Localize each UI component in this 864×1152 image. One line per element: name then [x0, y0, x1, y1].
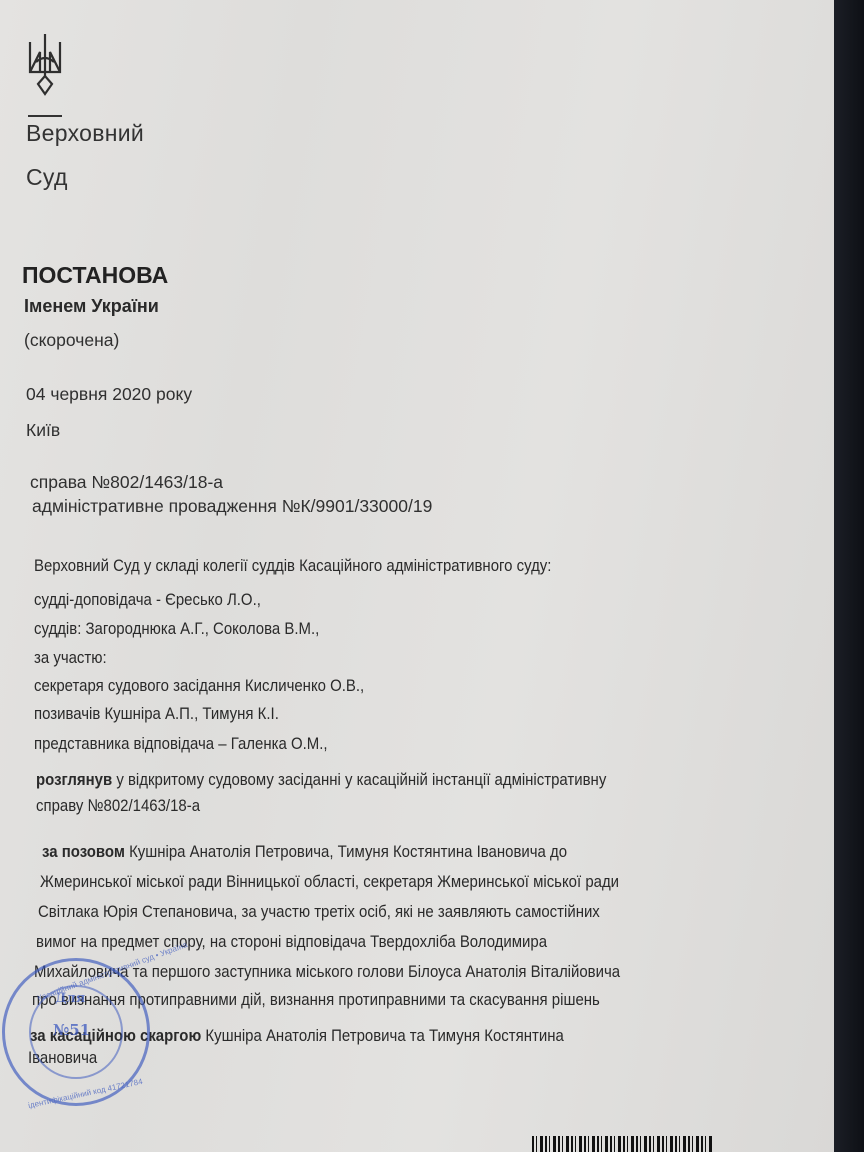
barcode-icon	[532, 1136, 712, 1152]
ukraine-trident-icon	[26, 32, 64, 96]
composition-intro: Верховний Суд у складі колегії суддів Ка…	[34, 556, 551, 576]
logo-divider	[28, 115, 62, 117]
document-type-note: (скорочена)	[24, 330, 119, 351]
case-number: справа №802/1463/18-а	[30, 472, 223, 493]
claim-line2: Жмеринської міської ради Вінницької обла…	[40, 872, 619, 892]
defendant-representative: представника відповідача – Галенка О.М.,	[34, 734, 328, 754]
court-name-line1: Верховний	[26, 120, 144, 147]
composition-judges: суддів: Загороднюка А.Г., Соколова В.М.,	[34, 619, 319, 639]
court-name-line2: Суд	[26, 164, 68, 191]
proceeding-number: адміністративне провадження №К/9901/3300…	[32, 496, 432, 517]
composition-rapporteur: судді-доповідача - Єресько Л.О.,	[34, 590, 261, 610]
document-city: Київ	[26, 420, 60, 441]
considered-text: у відкритому судовому засіданні у касаці…	[112, 770, 606, 789]
claim-bold: за позовом	[42, 842, 125, 861]
claim-line1: за позовом Кушніра Анатолія Петровича, Т…	[42, 842, 567, 862]
considered-bold: розглянув	[36, 770, 112, 789]
secretary: секретаря судового засідання Кисличенко …	[34, 676, 364, 696]
considered-line1: розглянув у відкритому судовому засіданн…	[36, 770, 807, 790]
document-subtitle: Іменем України	[24, 296, 159, 317]
considered-line2: справу №802/1463/18-а	[36, 796, 200, 816]
document-date: 04 червня 2020 року	[26, 384, 192, 405]
plaintiffs: позивачів Кушніра А.П., Тимуня К.І.	[34, 704, 279, 724]
stamp-id-code: ідентифікаційний код 41721784	[27, 1077, 143, 1110]
claim-line4: вимог на предмет спору, на стороні відпо…	[36, 932, 547, 952]
background-edge	[834, 0, 864, 1152]
court-stamp: Для №51 Касаційний адміністративний суд …	[2, 958, 150, 1106]
participation-label: за участю:	[34, 648, 107, 668]
stamp-number: №51	[53, 1021, 90, 1039]
claim-line3: Світлака Юрія Степановича, за участю тре…	[38, 902, 600, 922]
document-page: Верховний Суд ПОСТАНОВА Іменем України (…	[0, 0, 842, 1152]
document-title: ПОСТАНОВА	[22, 262, 168, 289]
